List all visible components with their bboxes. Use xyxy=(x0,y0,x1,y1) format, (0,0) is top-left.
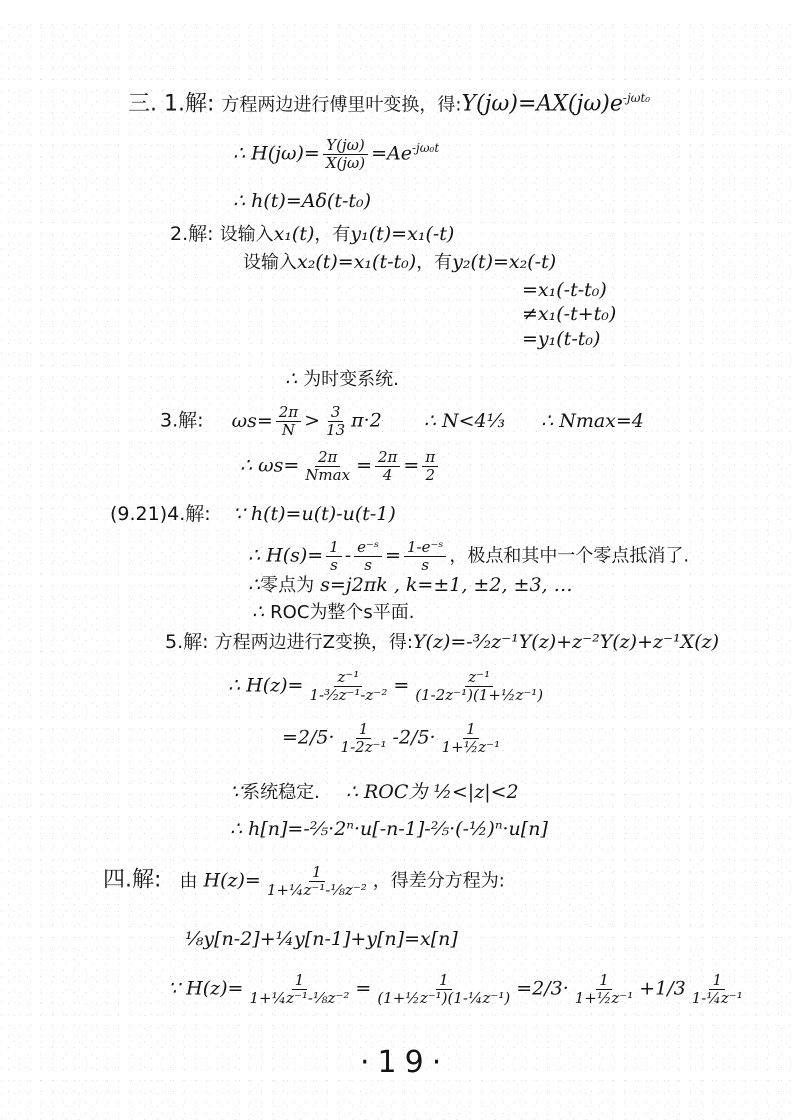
q1-eq1: Y(jω)=AX(jω)e xyxy=(462,91,623,116)
section4-line3: ∵ H(z)=11+¼z⁻¹-⅛z⁻²=1(1+½z⁻¹)(1-¼z⁻¹)=2/… xyxy=(168,973,749,1006)
q4-line3: ∴零点为 s=j2πk , k=±1, ±2, ±3, … xyxy=(248,576,573,595)
q5-line2: ∴ H(z)=z⁻¹1-³⁄₂z⁻¹-z⁻²=z⁻¹(1-2z⁻¹)(1+½z⁻… xyxy=(228,670,549,703)
q5-line3: =2/5·11-2z⁻¹-2/5·11+½z⁻¹ xyxy=(282,722,506,755)
q5-line5: ∴ h[n]=-⅖·2ⁿ·u[-n-1]-⅖·(-½)ⁿ·u[n] xyxy=(230,820,548,839)
section4-line1: 四.解: 由 H(z)=11+¼z⁻¹-⅛z⁻²，得差分方程为: xyxy=(103,865,505,898)
q4-line1: (9.21)4.解: ∵ h(t)=u(t)-u(t-1) xyxy=(110,505,396,524)
q1-fraction: Y(jω)X(jω) xyxy=(323,138,368,171)
q1-label: 1.解: xyxy=(164,91,214,116)
page-number: ·19· xyxy=(360,1045,449,1080)
q2-line5: =y₁(t-t₀) xyxy=(522,330,600,349)
section3-label: 三 xyxy=(128,91,150,116)
scan-top-margin xyxy=(0,0,792,22)
q2-conclusion: ∴ 为时变系统. xyxy=(285,370,399,389)
q3-line1: 3.解: ωs=2πN>313π·2 ∴ N<4⅓ ∴ Nmax=4 xyxy=(160,405,644,438)
q5-line4: ∵系统稳定. ∴ ROC为 ½<|z|<2 xyxy=(230,783,519,802)
q1-line2: ∴ H(jω)=Y(jω)X(jω)=Ae-jω₀t xyxy=(233,138,439,171)
q2-line1: 2.解: 设输入x₁(t)，有y₁(t)=x₁(-t) xyxy=(170,225,454,244)
q2-line4: ≠x₁(-t+t₀) xyxy=(522,305,616,324)
q5-line1: 5.解: 方程两边进行Z变换，得:Y(z)=-³⁄₂z⁻¹Y(z)+z⁻²Y(z… xyxy=(165,633,719,652)
q1-line3: ∴ h(t)=Aδ(t-t₀) xyxy=(233,192,371,211)
q2-line2: 设输入x₂(t)=x₁(t-t₀)，有y₂(t)=x₂(-t) xyxy=(243,253,556,272)
section4-difference-equation: ⅛y[n-2]+¼y[n-1]+y[n]=x[n] xyxy=(185,930,458,949)
q3-line2: ∴ ωs=2πNmax=2π4=π2 xyxy=(240,450,441,483)
q1-intro: 方程两边进行傅里叶变换，得: xyxy=(221,94,461,115)
q4-line2: ∴ H(s)=1s-e⁻ˢs=1-e⁻ˢs，极点和其中一个零点抵消了. xyxy=(248,540,689,573)
q1-line1: 三. 1.解: 方程两边进行傅里叶变换，得:Y(jω)=AX(jω)e-jωt₀ xyxy=(128,92,650,115)
q2-line3: =x₁(-t-t₀) xyxy=(522,281,607,300)
q4-line4: ∴ ROC为整个s平面. xyxy=(252,603,414,622)
